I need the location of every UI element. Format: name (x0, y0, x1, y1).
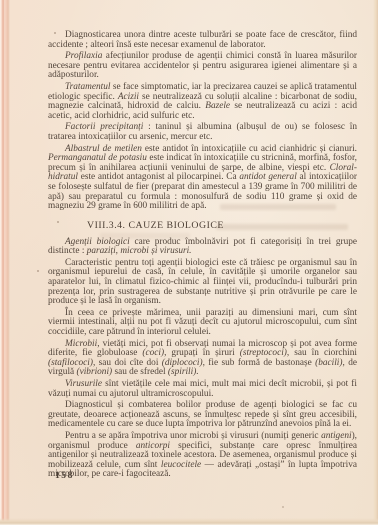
paragraph: Factorii precipitanți : taninul și album… (48, 123, 357, 142)
italic-run: Factorii precipitanți (65, 122, 143, 132)
dust-speck (282, 506, 284, 508)
paragraph: Agenții biologici care produc îmbolnăvir… (48, 238, 357, 257)
text-run: , grupați în șiruri (164, 348, 240, 358)
scanned-book-page: Diagnosticarea unora dintre aceste tulbu… (0, 0, 378, 525)
text-run: este antidot antagonist al pilocarpinei.… (78, 172, 239, 182)
text-run: Pentru a se apăra împotriva unor microbi… (65, 431, 321, 441)
paragraph: Microbii, vietăți mici, pot fi observați… (48, 340, 357, 378)
italic-run: antigeni (321, 431, 351, 441)
italic-run: Permanganatul de potasiu (48, 153, 147, 163)
text-run: , sau în ciorchini (287, 348, 357, 358)
page-number: 158 (55, 470, 74, 481)
italic-run: anticorpi (136, 441, 170, 451)
text-run: , fie sub formă de bastonașe (203, 358, 316, 368)
italic-run: (spirili). (168, 367, 199, 377)
italic-run: paraziți, microbi și virusuri. (87, 246, 192, 256)
paragraph: Albastrul de metilen este antidot în int… (48, 145, 357, 212)
dust-speck (37, 270, 39, 272)
italic-run: (coci) (142, 348, 164, 358)
italic-run: (streptococi) (240, 348, 287, 358)
paragraph: În ceea ce privește mărimea, unii parazi… (48, 309, 357, 338)
section-heading: VIII.3.4. CAUZE BIOLOGICE (87, 221, 357, 231)
italic-run: antidot general (239, 172, 296, 182)
text-run: sau de sfredel (112, 367, 168, 377)
text-column: Diagnosticarea unora dintre aceste tulbu… (48, 31, 357, 482)
page-left-edge (0, 0, 10, 525)
italic-run: Profilaxia (65, 51, 102, 61)
italic-run: Bazele (205, 101, 230, 111)
text-run: Diagnosticul și combaterea bolilor produ… (48, 400, 357, 429)
italic-run: (bacili) (315, 358, 342, 368)
text-run: Caracteristic pentru toți agenții biolog… (48, 258, 357, 306)
page-right-edge (373, 0, 378, 525)
italic-run: (vibrioni) (77, 367, 113, 377)
paragraph: Virusurile sînt vietățile cele mai mici,… (48, 380, 357, 399)
text-run: Diagnosticarea unora dintre aceste tulbu… (48, 30, 357, 50)
italic-run: Tratamentul (65, 82, 110, 92)
italic-run: Agenții biologici (65, 237, 130, 247)
paragraph: Diagnosticul și combaterea bolilor produ… (48, 401, 357, 430)
page-bottom-edge (0, 518, 378, 525)
italic-run: Acizii (118, 92, 139, 102)
italic-run: Virusurile (65, 379, 102, 389)
paragraph: Pentru a se apăra împotriva unor microbi… (48, 432, 357, 480)
paragraph: Caracteristic pentru toți agenții biolog… (48, 259, 357, 307)
paragraph: Diagnosticarea unora dintre aceste tulbu… (48, 31, 357, 50)
paragraph: Tratamentul se face simptomatic, iar la … (48, 83, 357, 121)
text-run: În ceea ce privește mărimea, unii parazi… (48, 308, 357, 337)
paragraph: Profilaxia afecțiunilor produse de agenț… (48, 52, 357, 81)
